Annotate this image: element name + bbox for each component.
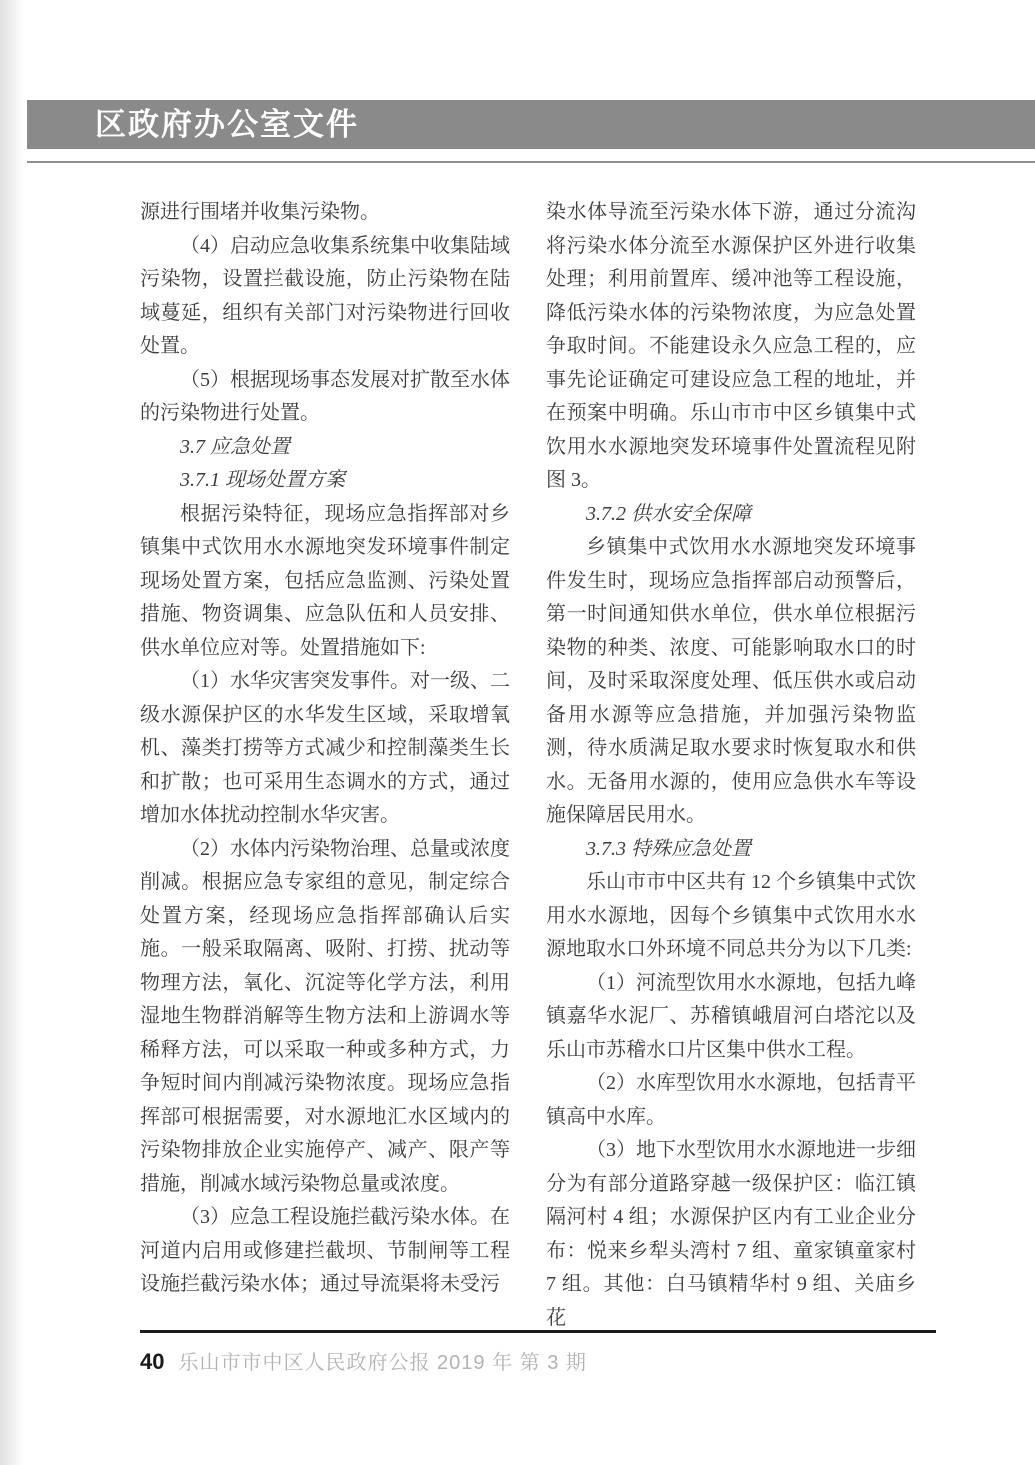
footer-divider [140, 1330, 936, 1333]
page-edge-shading [0, 0, 24, 1465]
paragraph: （3）地下水型饮用水水源地进一步细分为有部分道路穿越一级保护区：临江镇隔河村 4… [546, 1134, 916, 1335]
paragraph: （4）启动应急收集系统集中收集陆域污染物，设置拦截设施，防止污染物在陆域蔓延，组… [140, 230, 510, 364]
header-title: 区政府办公室文件 [27, 100, 1035, 149]
page-number: 40 [140, 1349, 164, 1375]
paragraph: 源进行围堵并收集污染物。 [140, 196, 510, 230]
left-column: 源进行围堵并收集污染物。（4）启动应急收集系统集中收集陆域污染物，设置拦截设施，… [140, 196, 510, 1335]
paragraph: （2）水库型饮用水水源地，包括青平镇高中水库。 [546, 1067, 916, 1134]
paragraph: 3.7 应急处置 [140, 431, 510, 465]
paragraph: （5）根据现场事态发展对扩散至水体的污染物进行处置。 [140, 364, 510, 431]
paragraph: 3.7.3 特殊应急处置 [546, 833, 916, 867]
paragraph: 乐山市市中区共有 12 个乡镇集中式饮用水水源地，因每个乡镇集中式饮用水水源地取… [546, 866, 916, 967]
paragraph: 根据污染特征，现场应急指挥部对乡镇集中式饮用水水源地突发环境事件制定现场处置方案… [140, 498, 510, 666]
document-body: 源进行围堵并收集污染物。（4）启动应急收集系统集中收集陆域污染物，设置拦截设施，… [140, 196, 916, 1335]
header-divider [27, 161, 1035, 163]
paragraph: （1）水华灾害突发事件。对一级、二级水源保护区的水华发生区域，采取增氧机、藻类打… [140, 665, 510, 833]
paragraph: 染水体导流至污染水体下游，通过分流沟将污染水体分流至水源保护区外进行收集处理；利… [546, 196, 916, 498]
publication-title: 乐山市市中区人民政府公报 2019 年 第 3 期 [178, 1346, 586, 1375]
right-column: 染水体导流至污染水体下游，通过分流沟将污染水体分流至水源保护区外进行收集处理；利… [546, 196, 916, 1335]
paragraph: 乡镇集中式饮用水水源地突发环境事件发生时，现场应急指挥部启动预警后，第一时间通知… [546, 531, 916, 833]
paragraph: （2）水体内污染物治理、总量或浓度削减。根据应急专家组的意见，制定综合处置方案，… [140, 833, 510, 1202]
header-bar: 区政府办公室文件 [27, 100, 1035, 149]
paragraph: （1）河流型饮用水水源地，包括九峰镇嘉华水泥厂、苏稽镇峨眉河白塔沱以及乐山市苏稽… [546, 967, 916, 1068]
paragraph: 3.7.1 现场处置方案 [140, 464, 510, 498]
footer: 40 乐山市市中区人民政府公报 2019 年 第 3 期 [140, 1346, 587, 1375]
paragraph: 3.7.2 供水安全保障 [546, 498, 916, 532]
paragraph: （3）应急工程设施拦截污染水体。在河道内启用或修建拦截坝、节制闸等工程设施拦截污… [140, 1201, 510, 1302]
